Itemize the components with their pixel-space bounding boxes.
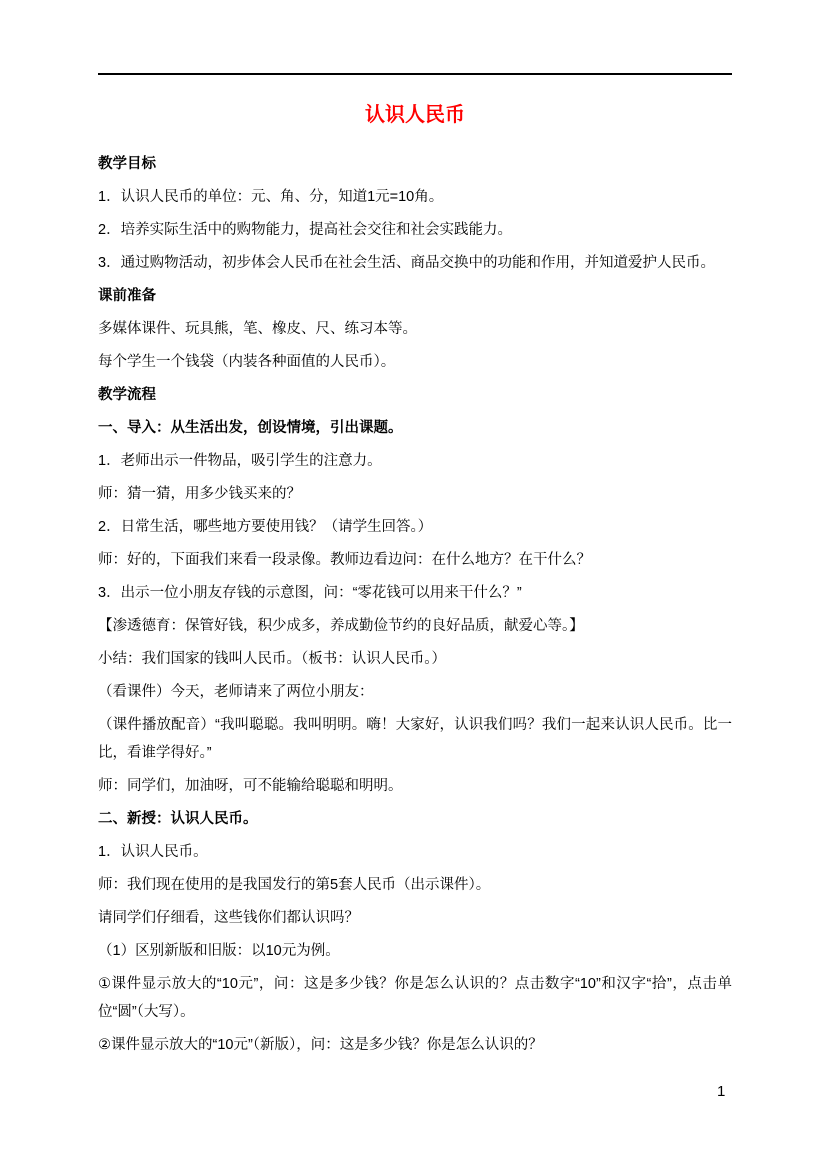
teacher-line-video: 师：好的，下面我们来看一段录像。教师边看边问：在什么地方？在干什么？: [98, 546, 732, 574]
step-3: 3．出示一位小朋友存钱的示意图，问：“零花钱可以用来干什么？”: [98, 579, 732, 607]
heading-teaching-process: 教学流程: [98, 381, 732, 409]
teacher-line-guess: 师：猜一猜，用多少钱买来的？: [98, 480, 732, 508]
page-number: 1: [717, 1083, 725, 1101]
step-1: 1．老师出示一件物品，吸引学生的注意力。: [98, 447, 732, 475]
section-2-new-lesson: 二、新授：认识人民币。: [98, 805, 732, 833]
teacher-line-fifth-series: 师：我们现在使用的是我国发行的第5套人民币（出示课件）。: [98, 871, 732, 899]
moral-education-note: 【渗透德育：保管好钱，积少成多，养成勤俭节约的良好品质，献爱心等。】: [98, 612, 732, 640]
document-body: 认识人民币 教学目标 1．认识人民币的单位：元、角、分，知道1元=10角。 2．…: [98, 98, 732, 1064]
preparation-money-bag: 每个学生一个钱袋（内装各种面值的人民币）。: [98, 348, 732, 376]
objective-2: 2．培养实际生活中的购物能力，提高社会交往和社会实践能力。: [98, 216, 732, 244]
substep-recognize-rmb: 1．认识人民币。: [98, 838, 732, 866]
section-1-intro: 一、导入：从生活出发，创设情境，引出课题。: [98, 414, 732, 442]
objective-1: 1．认识人民币的单位：元、角、分，知道1元=10角。: [98, 183, 732, 211]
step-2: 2．日常生活，哪些地方要使用钱？（请学生回答。）: [98, 513, 732, 541]
objective-3: 3．通过购物活动，初步体会人民币在社会生活、商品交换中的功能和作用，并知道爱护人…: [98, 249, 732, 277]
item-old-10-yuan: ①课件显示放大的“10元”，问：这是多少钱？你是怎么认识的？点击数字“10”和汉…: [98, 970, 732, 1026]
document-page: 认识人民币 教学目标 1．认识人民币的单位：元、角、分，知道1元=10角。 2．…: [0, 0, 827, 1170]
page-title: 认识人民币: [98, 98, 732, 126]
heading-teaching-objectives: 教学目标: [98, 150, 732, 178]
preparation-materials: 多媒体课件、玩具熊，笔、橡皮、尺、练习本等。: [98, 315, 732, 343]
courseware-intro-line: （看课件）今天，老师请来了两位小朋友：: [98, 678, 732, 706]
summary-line: 小结：我们国家的钱叫人民币。（板书：认识人民币。）: [98, 645, 732, 673]
substep-new-vs-old: （1）区别新版和旧版：以10元为例。: [98, 937, 732, 965]
teacher-line-cheer: 师：同学们，加油呀，可不能输给聪聪和明明。: [98, 772, 732, 800]
item-new-10-yuan: ②课件显示放大的“10元”（新版），问：这是多少钱？你是怎么认识的？: [98, 1031, 732, 1059]
header-rule: [98, 73, 732, 75]
student-prompt-line: 请同学们仔细看，这些钱你们都认识吗？: [98, 904, 732, 932]
courseware-dialogue-line: （课件播放配音）“我叫聪聪。我叫明明。嗨！大家好，认识我们吗？我们一起来认识人民…: [98, 711, 732, 767]
heading-preparation: 课前准备: [98, 282, 732, 310]
